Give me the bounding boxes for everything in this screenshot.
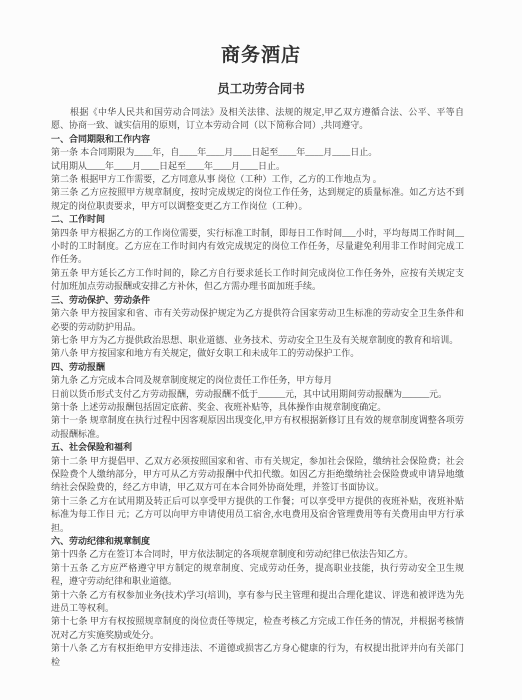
contract-clause: 第四条 甲方根据乙方的工作岗位需要，实行标准工时制，即每日工作时间___小时，平… (51, 227, 464, 267)
section-heading: 六、劳动纪律和规章制度 (51, 535, 464, 548)
section-heading: 四、劳动报酬 (51, 361, 464, 374)
contract-clause: 第十二条 甲方提倡甲、乙双方必须按照国家和省、市有关规定，参加社会保险，缴纳社会… (51, 455, 464, 495)
contract-clause: 试用期从____年____月____日起至____年____月____日止。 (51, 160, 464, 173)
contract-page: 商务酒店 员工功劳合同书 根据《中华人民共和国劳动合同法》及相关法律、法规的规定… (0, 0, 522, 700)
section-heading: 一、合同期限和工作内容 (51, 133, 464, 146)
contract-clause: 第八条 甲方按国家和地方有关规定，做好女职工和未成年工的劳动保护工作。 (51, 347, 464, 360)
contract-clause: 第六条 甲方按国家和省、市有关劳动保护规定为乙方提供符合国家劳动卫生标准的劳动安… (51, 307, 464, 334)
contract-clause: 第十条 上述劳动报酬包括固定底薪、奖金、夜班补贴等，具体操作由规章制度确定。 (51, 401, 464, 414)
section-heading: 二、工作时间 (51, 213, 464, 226)
contract-clause: 第十三条 乙方在试用期及转正后可以享受甲方提供的工作餐；可以享受甲方提供的夜班补… (51, 495, 464, 535)
contract-clause: 第三条 乙方应按照甲方规章制度，按时完成规定的岗位工作任务，达到规定的质量标准。… (51, 186, 464, 213)
contract-clause: 第九条 乙方完成本合同及规章制度规定的岗位责任工作任务，甲方每月 (51, 374, 464, 387)
contract-clause: 第十四条 乙方在签订本合同时，甲方依法制定的各项规章制度和劳动纪律已依法告知乙方… (51, 548, 464, 561)
contract-clause: 第十一条 规章制度在执行过程中因客观原因出现变化,甲方有权根据新修订且有效的规章… (51, 414, 464, 441)
contract-clause: 第二条 根据甲方工作需要，乙方同意从事 岗位（工种）工作，乙方的工作地点为 。 (51, 173, 464, 186)
contract-clause: 第一条 本合同期限为____年，自____年____月____日起至____年_… (51, 146, 464, 159)
page-title: 商务酒店 (0, 40, 522, 67)
contract-body: 根据《中华人民共和国劳动合同法》及相关法律、法规的规定,甲乙双方遵循合法、公平、… (51, 106, 464, 669)
contract-clause: 第十八条 乙方有权拒绝甲方安排违法、不道德或损害乙方身心健康的行为，有权提出批评… (51, 642, 464, 669)
contract-clause: 第十六条 乙方有权参加业务(技术)学习(培训)，享有参与民主管理和提出合理化建议… (51, 589, 464, 616)
section-heading: 五、社会保险和福利 (51, 441, 464, 454)
contract-clause: 日前以货币形式支付乙方劳动报酬，劳动报酬不低于______元，其中试用期间劳动报… (51, 388, 464, 401)
contract-clause: 第十七条 甲方有权按照规章制度的岗位责任等规定，检查考核乙方完成工作任务的情况，… (51, 615, 464, 642)
contract-clause: 第十五条 乙方应严格遵守甲方制定的规章制度、完成劳动任务，提高职业技能，执行劳动… (51, 562, 464, 589)
contract-clause: 第七条 甲方为乙方提供政治思想、职业道德、业务技术、劳动安全卫生及有关规章制度的… (51, 334, 464, 347)
page-subtitle: 员工功劳合同书 (0, 79, 522, 97)
intro-paragraph: 根据《中华人民共和国劳动合同法》及相关法律、法规的规定,甲乙双方遵循合法、公平、… (51, 106, 464, 133)
contract-clause: 第五条 甲方延长乙方工作时间的，除乙方自行要求延长工作时间完成岗位工作任务外，应… (51, 267, 464, 294)
section-heading: 三、劳动保护、劳动条件 (51, 294, 464, 307)
